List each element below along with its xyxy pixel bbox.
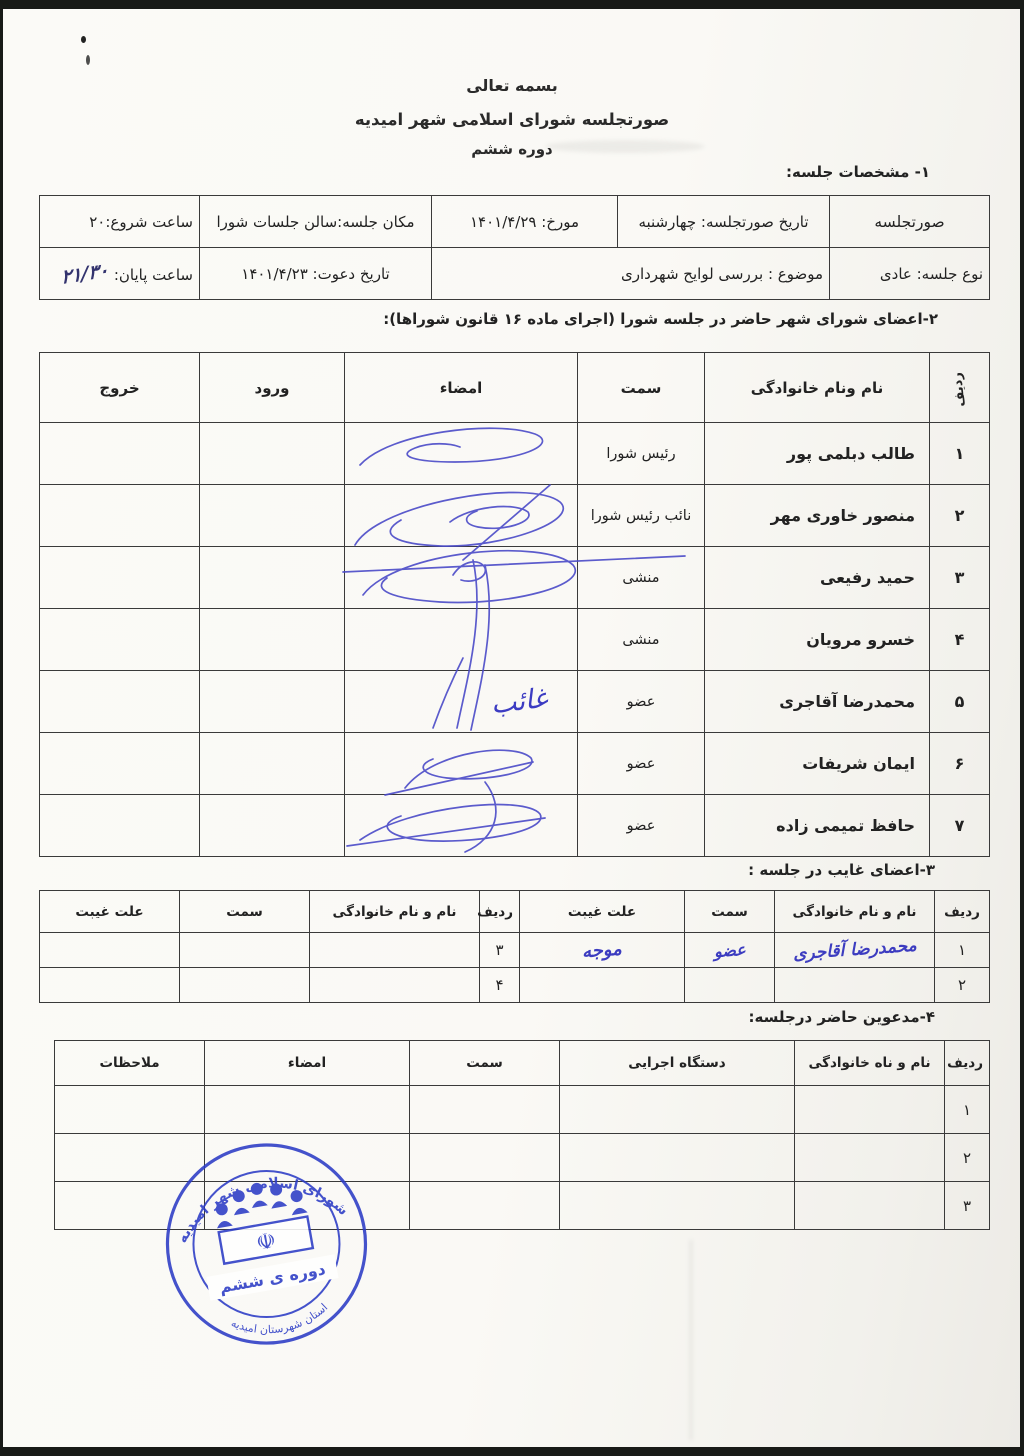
member-exit-cell [40, 795, 200, 857]
scan-edge-left [0, 0, 3, 1456]
invitee-role [410, 1182, 560, 1230]
member-row: ۳ حمید رفیعی منشی [40, 547, 990, 609]
absent-name [310, 968, 480, 1003]
member-entry-cell [200, 733, 345, 795]
member-role: عضو [578, 795, 705, 857]
absent-number: ۲ [935, 968, 990, 1003]
invitee-number: ۳ [945, 1182, 990, 1230]
page-subtitle: دوره ششم [0, 140, 1024, 158]
member-role: رئیس شورا [578, 423, 705, 485]
absent-reason [40, 968, 180, 1003]
absent-role: عضو [685, 933, 775, 968]
col-header-agency: دستگاه اجرایی [560, 1041, 795, 1086]
member-row: ۱ طالب دبلمی پور رئیس شورا [40, 423, 990, 485]
field-start-time: ساعت شروع:۲۰ [40, 196, 200, 248]
col-header-absence-reason: علت غیبت [40, 891, 180, 933]
field-invite-date: تاریخ دعوت: ۱۴۰۱/۴/۲۳ [200, 248, 432, 300]
page-title: صورتجلسه شورای اسلامی شهر امیدیه [0, 110, 1024, 129]
field-location: مکان جلسه:سالن جلسات شورا [200, 196, 432, 248]
member-role: عضو [578, 733, 705, 795]
end-time-label: ساعت پایان: [114, 266, 193, 284]
invitee-agency [560, 1086, 795, 1134]
fold-line [690, 1240, 692, 1440]
invitee-number: ۱ [945, 1086, 990, 1134]
col-header-name: نام ونام خانوادگی [705, 353, 930, 423]
col-header-row-number: ردیف [480, 891, 520, 933]
besmele-line: بسمه تعالی [0, 76, 1024, 95]
absent-number: ۱ [935, 933, 990, 968]
member-signature-cell [345, 795, 578, 857]
member-number: ۷ [930, 795, 990, 857]
col-header-name: نام و ناه خانوادگی [795, 1041, 945, 1086]
col-header-signature: امضاء [345, 353, 578, 423]
field-meeting-date: تاریخ صورتجلسه: چهارشنبه [618, 196, 830, 248]
meeting-info-table: صورتجلسه تاریخ صورتجلسه: چهارشنبه مورخ: … [39, 195, 990, 300]
member-entry-cell [200, 423, 345, 485]
field-meeting-type: نوع جلسه: عادی [830, 248, 990, 300]
absent-number: ۳ [480, 933, 520, 968]
field-dated: مورخ: ۱۴۰۱/۴/۲۹ [432, 196, 618, 248]
member-row: ۶ ایمان شریفات عضو [40, 733, 990, 795]
field-record-label: صورتجلسه [830, 196, 990, 248]
member-entry-cell [200, 547, 345, 609]
absent-name [775, 968, 935, 1003]
col-header-role: سمت [578, 353, 705, 423]
member-signature-cell [345, 609, 578, 671]
invitee-notes [55, 1086, 205, 1134]
stamp-term-text: دوره ی ششم [218, 1259, 327, 1296]
member-name: طالب دبلمی پور [705, 423, 930, 485]
absent-number: ۴ [480, 968, 520, 1003]
stamp-bottom-arc-text: استان شهرستان امیدیه [227, 1300, 333, 1344]
scanned-page: بسمه تعالی صورتجلسه شورای اسلامی شهر امی… [0, 0, 1024, 1456]
end-time-handwritten-value: ۲۱/۳۰ [61, 259, 109, 289]
col-header-role: سمت [180, 891, 310, 933]
member-role: منشی [578, 547, 705, 609]
absent-role [180, 933, 310, 968]
absent-reason [40, 933, 180, 968]
member-name: حافظ تمیمی زاده [705, 795, 930, 857]
section4-heading: ۴-مدعوین حاضر درجلسه: [749, 1008, 935, 1026]
absent-members-table: ردیف نام و نام خانوادگی سمت علت غیبت ردی… [39, 890, 990, 1003]
col-header-signature: امضاء [205, 1041, 410, 1086]
member-name: منصور خاوری مهر [705, 485, 930, 547]
scan-edge-right [1020, 0, 1024, 1456]
absent-row: ۲ ۴ [40, 968, 990, 1003]
member-role: عضو [578, 671, 705, 733]
col-header-entry: ورود [200, 353, 345, 423]
col-header-name: نام و نام خانوادگی [310, 891, 480, 933]
member-row: ۵ محمدرضا آقاجری عضو [40, 671, 990, 733]
col-header-exit: خروج [40, 353, 200, 423]
member-signature-cell [345, 671, 578, 733]
invitee-agency [560, 1182, 795, 1230]
absent-reason [520, 968, 685, 1003]
invitee-name [795, 1086, 945, 1134]
member-number: ۶ [930, 733, 990, 795]
member-entry-cell [200, 485, 345, 547]
member-row: ۷ حافظ تمیمی زاده عضو [40, 795, 990, 857]
present-members-table: ردیف نام ونام خانوادگی سمت امضاء ورود خر… [39, 352, 990, 857]
member-exit-cell [40, 423, 200, 485]
absent-name [310, 933, 480, 968]
col-header-absence-reason: علت غیبت [520, 891, 685, 933]
member-number: ۵ [930, 671, 990, 733]
member-role: منشی [578, 609, 705, 671]
member-signature-cell [345, 485, 578, 547]
member-number: ۱ [930, 423, 990, 485]
section1-heading: ۱- مشخصات جلسه: [786, 163, 930, 181]
member-signature-cell [345, 733, 578, 795]
member-number: ۳ [930, 547, 990, 609]
col-header-row-number: ردیف [935, 891, 990, 933]
scan-edge-bottom [0, 1447, 1024, 1456]
handwritten-absent-reason: موجه [581, 938, 622, 962]
member-number: ۲ [930, 485, 990, 547]
col-header-role: سمت [685, 891, 775, 933]
scan-edge-top [0, 0, 1024, 9]
col-header-notes: ملاحظات [55, 1041, 205, 1086]
absent-row: ۱ محمدرضا آقاجری عضو موجه ۳ [40, 933, 990, 968]
council-stamp: ☫ دوره ی ششم شورای اسلامی شهر امیدیه است… [114, 1118, 421, 1376]
member-name: ایمان شریفات [705, 733, 930, 795]
member-name: حمید رفیعی [705, 547, 930, 609]
member-role: نائب رئیس شورا [578, 485, 705, 547]
member-row: ۲ منصور خاوری مهر نائب رئیس شورا [40, 485, 990, 547]
invitee-role [410, 1086, 560, 1134]
invitee-agency [560, 1134, 795, 1182]
member-number: ۴ [930, 609, 990, 671]
handwritten-absent-role: عضو [713, 939, 746, 960]
invitee-role [410, 1134, 560, 1182]
invitee-name [795, 1134, 945, 1182]
absent-reason: موجه [520, 933, 685, 968]
member-entry-cell [200, 671, 345, 733]
field-subject: موضوع : بررسی لوایح شهرداری [432, 248, 830, 300]
invitee-name [795, 1182, 945, 1230]
member-name: محمدرضا آقاجری [705, 671, 930, 733]
handwritten-absent-name: محمدرضا آقاجری [792, 936, 917, 965]
col-header-name: نام و نام خانوادگی [775, 891, 935, 933]
member-row: ۴ خسرو مرویان منشی [40, 609, 990, 671]
member-exit-cell [40, 609, 200, 671]
member-entry-cell [200, 795, 345, 857]
invitee-row: ۱ [55, 1086, 990, 1134]
member-exit-cell [40, 547, 200, 609]
member-name: خسرو مرویان [705, 609, 930, 671]
field-end-time: ساعت پایان: ۲۱/۳۰ [40, 248, 200, 300]
section2-heading: ۲-اعضای شورای شهر حاضر در جلسه شورا (اجر… [383, 310, 938, 328]
member-exit-cell [40, 733, 200, 795]
invitee-number: ۲ [945, 1134, 990, 1182]
col-header-row-number: ردیف [930, 353, 990, 423]
member-exit-cell [40, 671, 200, 733]
ink-dot [86, 55, 90, 65]
section3-heading: ۳-اعضای غایب در جلسه : [748, 861, 935, 879]
absent-name: محمدرضا آقاجری [775, 933, 935, 968]
absent-role [685, 968, 775, 1003]
absent-role [180, 968, 310, 1003]
iran-emblem-icon: ☫ [254, 1229, 278, 1257]
member-entry-cell [200, 609, 345, 671]
ink-dot [81, 36, 86, 43]
col-header-row-number: ردیف [945, 1041, 990, 1086]
member-exit-cell [40, 485, 200, 547]
col-header-role: سمت [410, 1041, 560, 1086]
member-signature-cell [345, 423, 578, 485]
member-signature-cell [345, 547, 578, 609]
